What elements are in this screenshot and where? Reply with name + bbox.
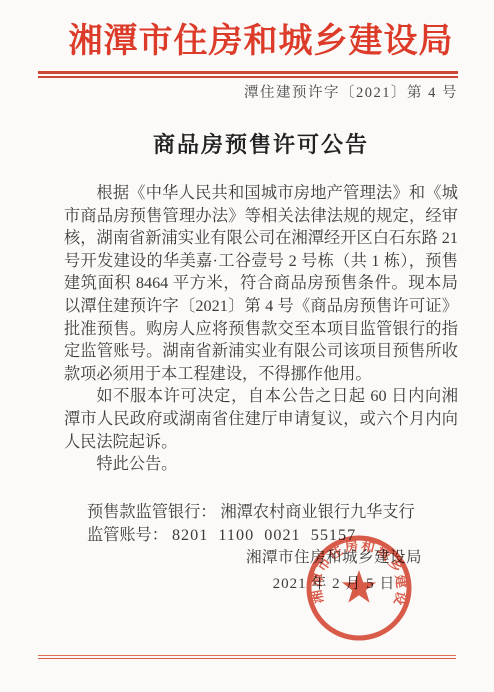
- body-paragraph-closing: 特此公告。: [64, 453, 458, 476]
- supervision-bank-name: 湘潭农村商业银行九华支行: [221, 503, 415, 521]
- header-double-rule: [38, 71, 458, 78]
- footer-double-rule: [38, 655, 456, 659]
- signature-authority: 湘潭市住房和城乡建设局: [244, 548, 424, 568]
- supervision-account-line: 监管账号：8201 1100 0021 55157: [87, 524, 458, 547]
- supervision-bank-label: 预售款监管银行：: [87, 503, 217, 521]
- announcement-title: 商品房预售许可公告: [64, 130, 458, 160]
- supervision-bank-line: 预售款监管银行：湘潭农村商业银行九华支行: [87, 501, 458, 524]
- signature-block: 湘潭市住房和城乡建设局 2021 年 2 月 5 日: [244, 548, 424, 594]
- announcement-body: 根据《中华人民共和国城市房地产管理法》和《城市商品房预售管理办法》等相关法律法规…: [64, 182, 458, 547]
- bank-supervision-info: 预售款监管银行：湘潭农村商业银行九华支行 监管账号：8201 1100 0021…: [64, 501, 458, 547]
- issuing-authority-header: 湘潭市住房和城乡建设局: [38, 0, 484, 64]
- supervision-account-label: 监管账号：: [87, 526, 168, 544]
- body-paragraph-appeal-rights: 如不服本许可决定，自本公告之日起 60 日内向湘潭市人民政府或湖南省住建厅申请复…: [64, 385, 458, 453]
- supervision-account-number: 8201 1100 0021 55157: [172, 526, 356, 544]
- document-page: 湘潭市住房和城乡建设局 潭住建预许字〔2021〕第 4 号 商品房预售许可公告 …: [0, 0, 494, 692]
- document-number: 潭住建预许字〔2021〕第 4 号: [64, 85, 458, 102]
- body-paragraph-legal-basis: 根据《中华人民共和国城市房地产管理法》和《城市商品房预售管理办法》等相关法律法规…: [64, 182, 458, 385]
- signature-date: 2021 年 2 月 5 日: [244, 574, 424, 594]
